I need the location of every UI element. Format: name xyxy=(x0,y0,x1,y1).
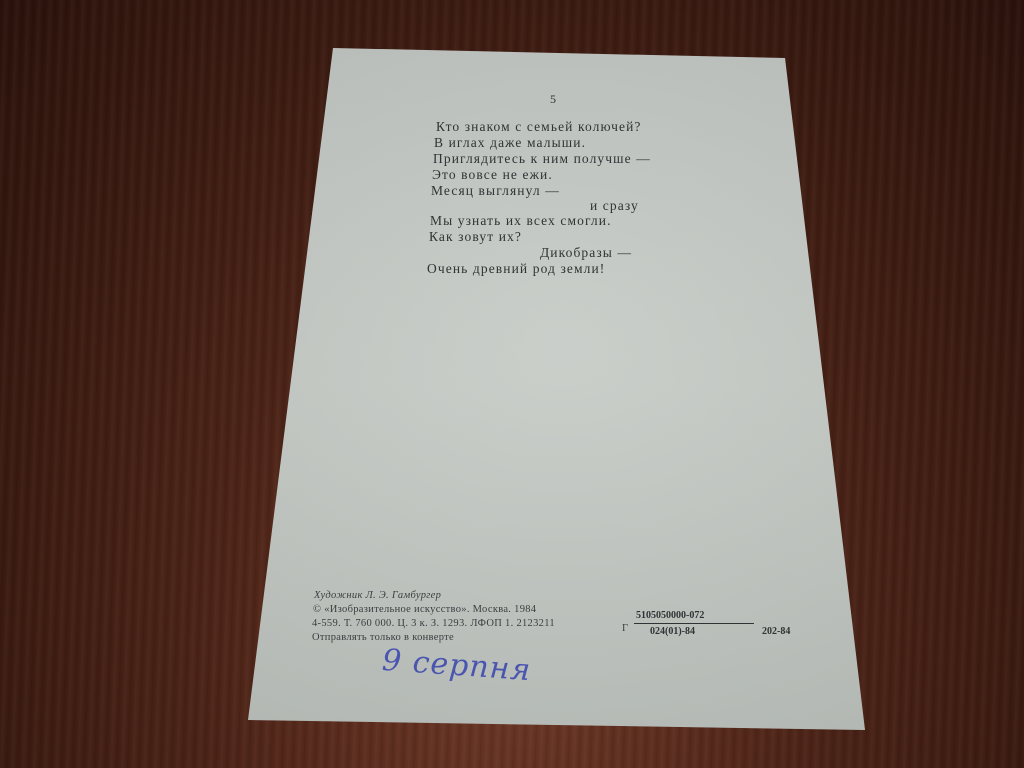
poem-line-1: Кто знаком с семьей колючей? xyxy=(436,119,642,135)
code-denominator: 024(01)-84 xyxy=(650,626,695,637)
poem-line-5: Месяц выглянул — xyxy=(431,183,560,199)
code-numerator: 5105050000-072 xyxy=(636,610,704,621)
poem-line-4: Это вовсе не ежи. xyxy=(432,167,553,183)
envelope-note: Отправлять только в конверте xyxy=(312,632,454,643)
page-number: 5 xyxy=(550,92,556,107)
code-prefix: Г xyxy=(622,623,628,634)
poem-line-3: Приглядитесь к ним получше — xyxy=(433,151,651,167)
poem-line-9: Дикобразы — xyxy=(540,245,632,261)
poem-line-6: и сразу xyxy=(590,198,639,214)
print-info: 4-559. Т. 760 000. Ц. 3 к. З. 1293. ЛФОП… xyxy=(312,618,555,629)
poem-line-8: Как зовут их? xyxy=(429,229,522,245)
artist-credit: Художник Л. Э. Гамбургер xyxy=(314,590,441,601)
poem-line-7: Мы узнать их всех смогли. xyxy=(430,213,612,229)
code-fraction-line xyxy=(634,623,754,624)
copyright-line: © «Изобразительное искусство». Москва. 1… xyxy=(313,604,536,615)
poem-line-2: В иглах даже малыши. xyxy=(434,135,586,151)
code-suffix: 202-84 xyxy=(762,626,790,637)
poem-line-10: Очень древний род земли! xyxy=(427,261,605,277)
